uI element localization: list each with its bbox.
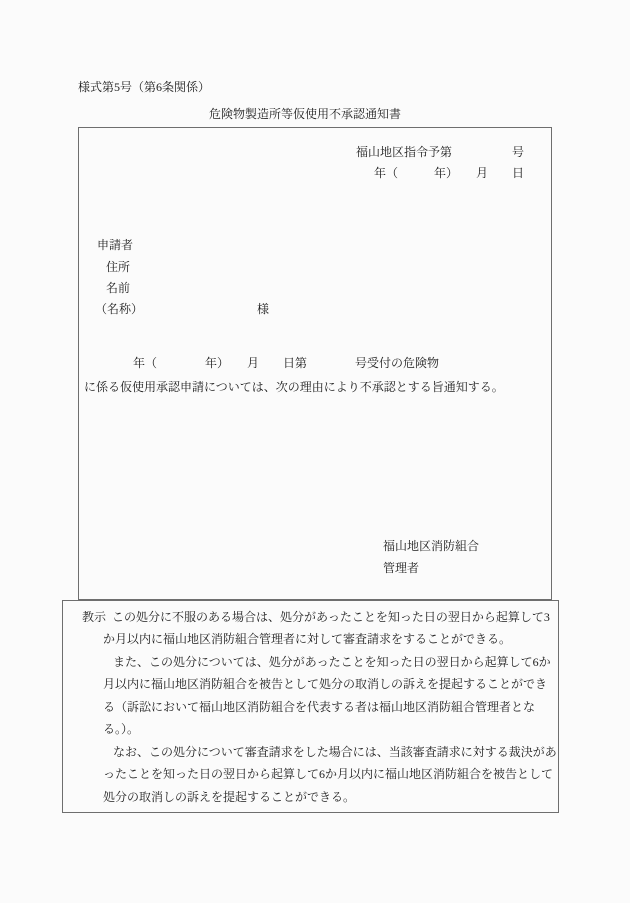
- address-label: 住所: [106, 259, 130, 275]
- page-title: 危険物製造所等仮使用不承認通知書: [0, 106, 610, 122]
- applicant-label: 申請者: [97, 237, 133, 253]
- notice-box: 福山地区指令予第 号 年（ 年） 月 日 申請者 住所 名前 （名称） 様 年（…: [78, 127, 552, 600]
- instruction-line-6: る。）。: [103, 721, 139, 737]
- instruction-line-8: ったことを知った日の翌日から起算して6か月以内に福山地区消防組合を被告として: [103, 766, 553, 782]
- issuer-organization: 福山地区消防組合: [383, 538, 479, 554]
- issuer-title: 管理者: [383, 560, 419, 576]
- instruction-box: 教示 この処分に不服のある場合は、処分があったことを知った日の翌日から起算して3…: [62, 600, 559, 813]
- notice-body-line: に係る仮使用承認申請については、次の理由により不承認とする旨通知する。: [84, 379, 504, 395]
- instruction-line-4: 月以内に福山地区消防組合を被告として処分の取消しの訴えを提起することができ: [103, 676, 547, 692]
- name-alt-line: （名称） 様: [95, 301, 269, 317]
- issue-date-line: 年（ 年） 月 日: [374, 165, 524, 181]
- instruction-line-7: なお、この処分について審査請求をした場合には、当該審査請求に対する裁決があ: [113, 744, 557, 760]
- document-page: 様式第5号（第6条関係） 危険物製造所等仮使用不承認通知書 福山地区指令予第 号…: [0, 0, 630, 903]
- instruction-line-9: 処分の取消しの訴えを提起することができる。: [103, 789, 355, 805]
- instruction-line-1: この処分に不服のある場合は、処分があったことを知った日の翌日から起算して3: [112, 609, 550, 625]
- instruction-line-2: か月以内に福山地区消防組合管理者に対して審査請求をすることができる。: [103, 631, 511, 647]
- instruction-label: 教示: [82, 609, 106, 625]
- doc-number-line: 福山地区指令予第 号: [356, 144, 524, 160]
- instruction-line-5: る（訴訟において福山地区消防組合を代表する者は福山地区消防組合管理者とな: [103, 699, 535, 715]
- application-date-line: 年（ 年） 月 日第 号受付の危険物: [133, 355, 439, 371]
- name-label: 名前: [106, 280, 130, 296]
- form-number: 様式第5号（第6条関係）: [78, 79, 210, 95]
- instruction-line-3: また、この処分については、処分があったことを知った日の翌日から起算して6か: [113, 654, 551, 670]
